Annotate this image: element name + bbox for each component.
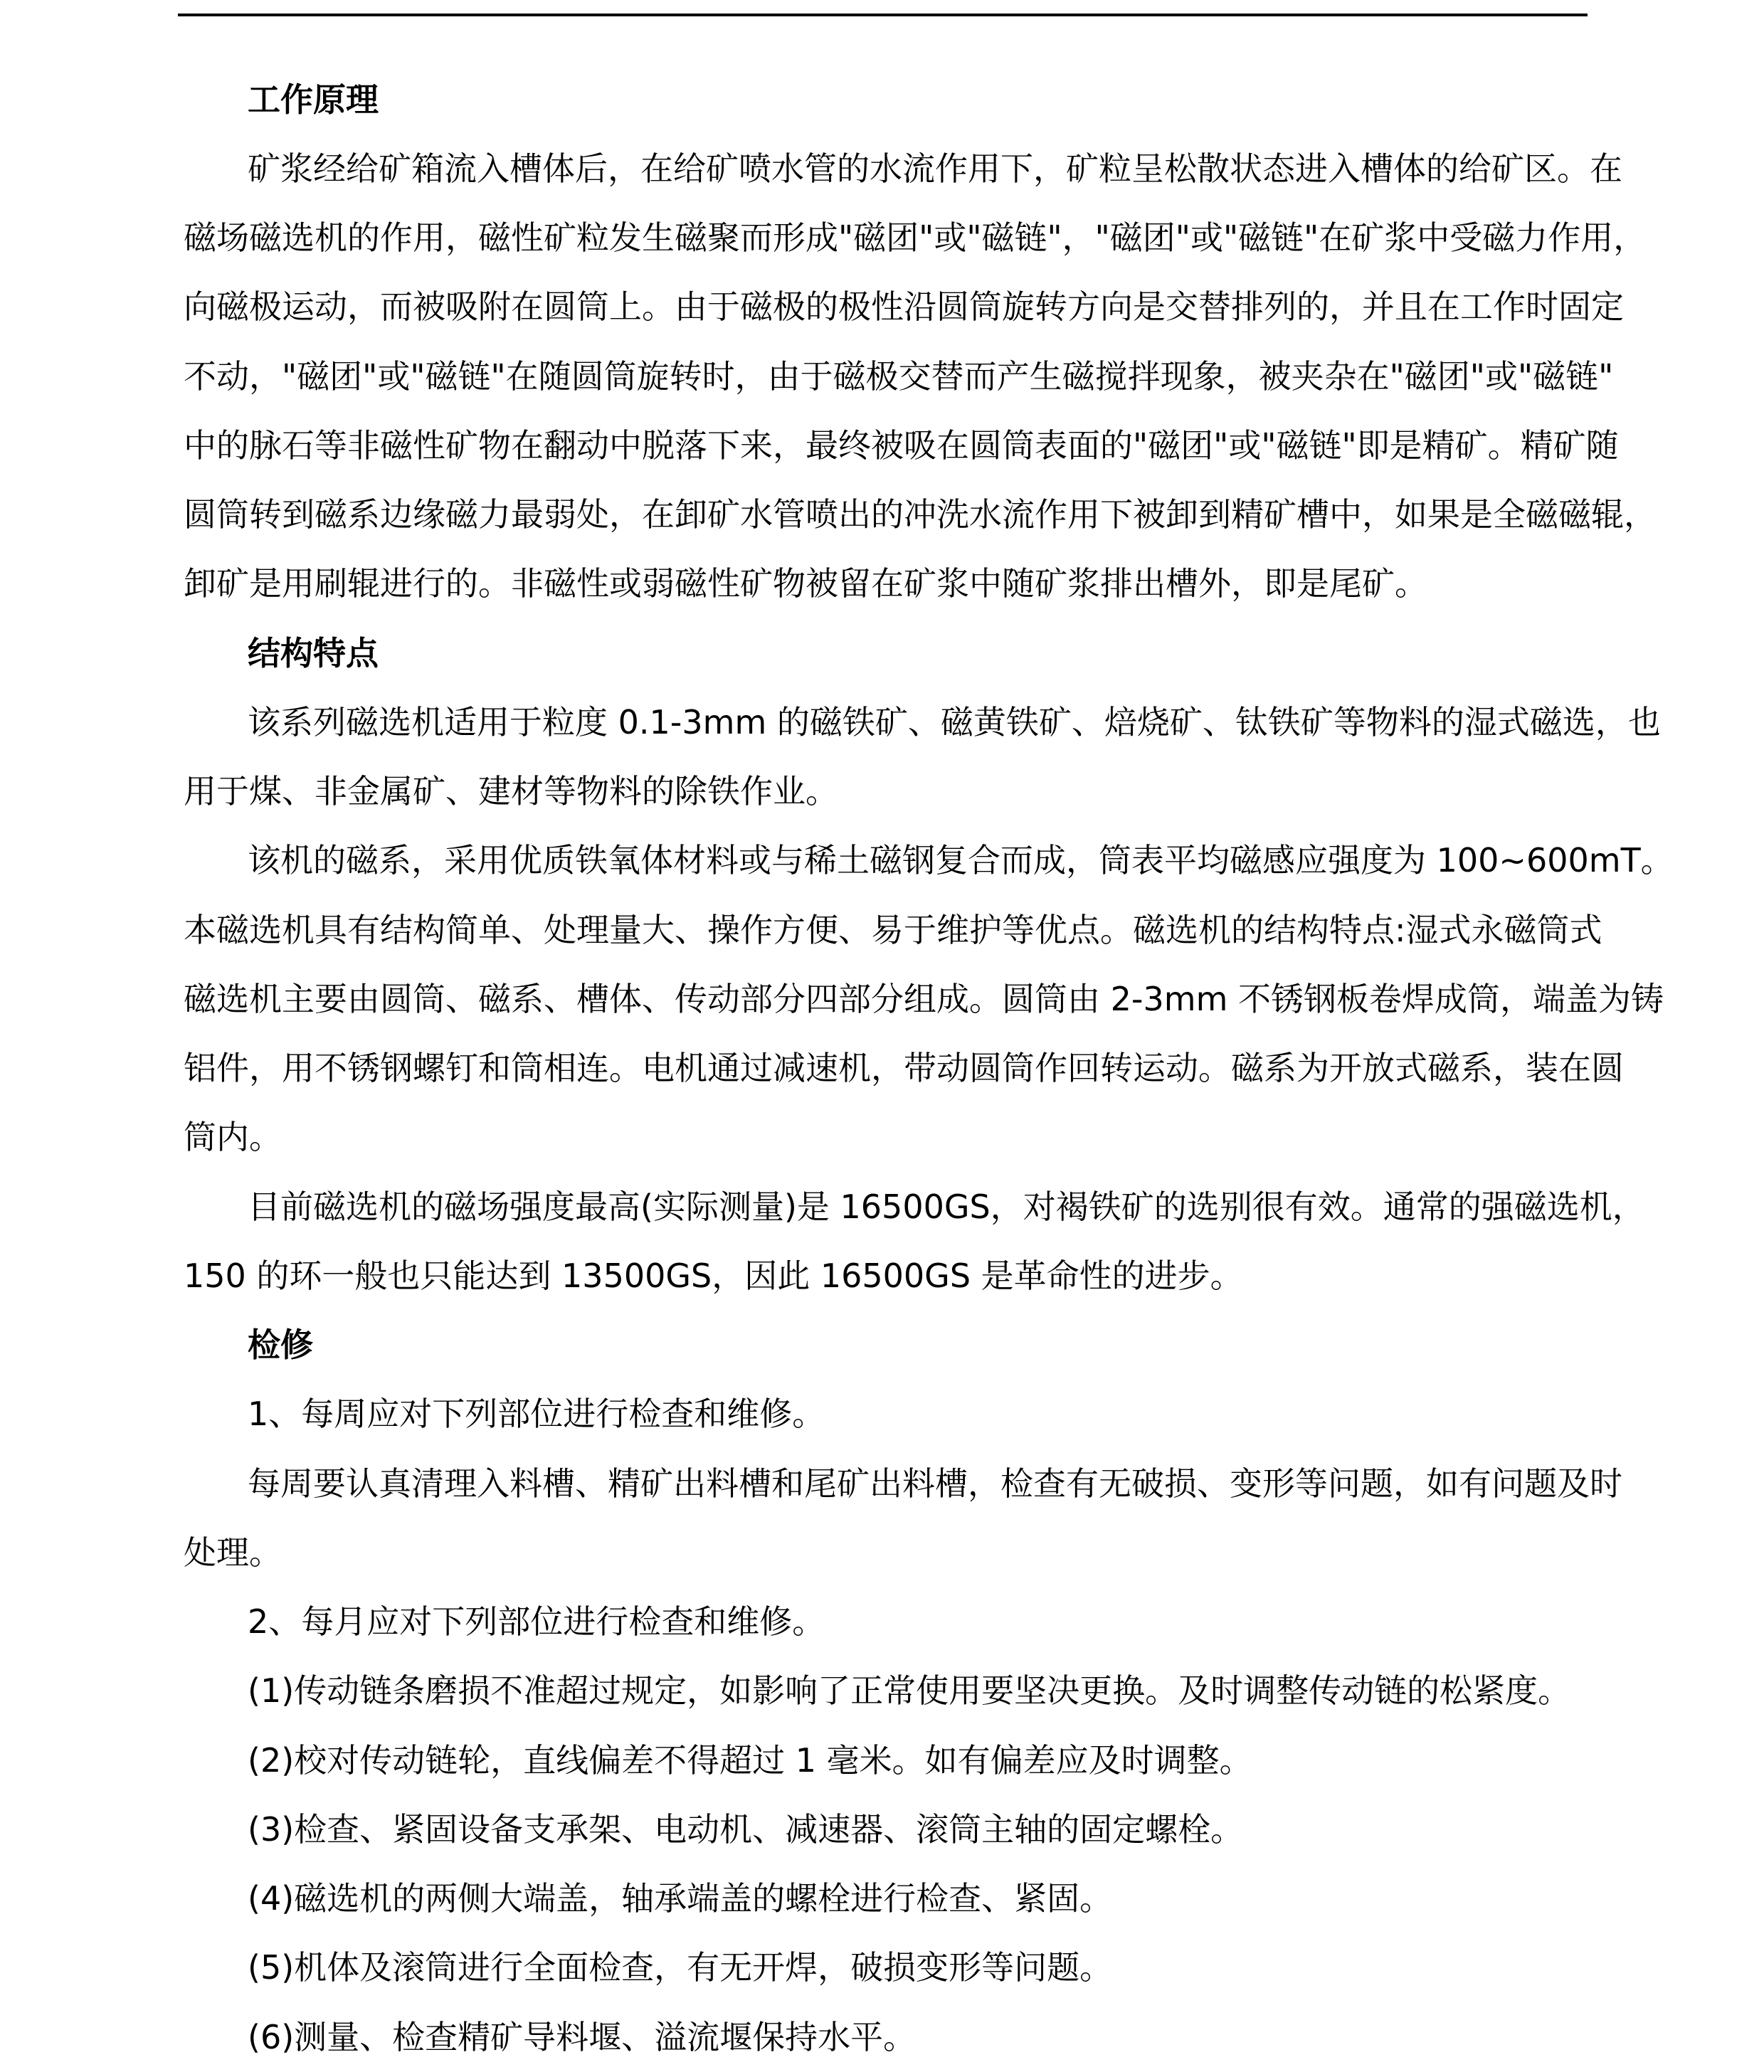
paragraph-line: 该系列磁选机适用于粒度 0.1-3mm 的磁铁矿、磁黄铁矿、焙烧矿、钛铁矿等物料…	[248, 688, 1583, 757]
paragraph-line: 150 的环一般也只能达到 13500GS，因此 16500GS 是革命性的进步…	[184, 1242, 1583, 1311]
paragraph-line: (2)校对传动链轮，直线偏差不得超过 1 毫米。如有偏差应及时调整。	[248, 1726, 1583, 1795]
paragraph-line: 矿浆经给矿箱流入槽体后，在给矿喷水管的水流作用下，矿粒呈松散状态进入槽体的给矿区…	[248, 134, 1583, 203]
paragraph-line: 1、每周应对下列部位进行检查和维修。	[248, 1380, 1583, 1449]
paragraph-line: 用于煤、非金属矿、建材等物料的除铁作业。	[184, 757, 1583, 826]
paragraph-line: 筒内。	[184, 1103, 1583, 1172]
paragraph-line: 不动，"磁团"或"磁链"在随圆筒旋转时，由于磁极交替而产生磁搅拌现象，被夹杂在"…	[184, 342, 1583, 411]
paragraph-line: 处理。	[184, 1518, 1583, 1587]
paragraph-line: 磁选机主要由圆筒、磁系、槽体、传动部分四部分组成。圆筒由 2-3mm 不锈钢板卷…	[184, 965, 1583, 1034]
paragraph-line: (5)机体及滚筒进行全面检查，有无开焊，破损变形等问题。	[248, 1933, 1583, 2002]
paragraph-line: 向磁极运动，而被吸附在圆筒上。由于磁极的极性沿圆筒旋转方向是交替排列的，并且在工…	[184, 273, 1583, 342]
paragraph-line: 2、每月应对下列部位进行检查和维修。	[248, 1587, 1583, 1656]
paragraph-line: 该机的磁系，采用优质铁氧体材料或与稀土磁钢复合而成，筒表平均磁感应强度为 100…	[248, 826, 1583, 895]
paragraph-line: 本磁选机具有结构简单、处理量大、操作方便、易于维护等优点。磁选机的结构特点:湿式…	[184, 896, 1583, 965]
document-page: 工作原理矿浆经给矿箱流入槽体后，在给矿喷水管的水流作用下，矿粒呈松散状态进入槽体…	[0, 0, 1764, 2072]
section-heading: 工作原理	[248, 65, 1583, 134]
section-heading: 结构特点	[248, 619, 1583, 688]
paragraph-line: (1)传动链条磨损不准超过规定，如影响了正常使用要坚决更换。及时调整传动链的松紧…	[248, 1656, 1583, 1725]
paragraph-line: 铝件，用不锈钢螺钉和筒相连。电机通过减速机，带动圆筒作回转运动。磁系为开放式磁系…	[184, 1034, 1583, 1103]
paragraph-line: 目前磁选机的磁场强度最高(实际测量)是 16500GS，对褐铁矿的选别很有效。通…	[248, 1173, 1583, 1242]
paragraph-line: 磁场磁选机的作用，磁性矿粒发生磁聚而形成"磁团"或"磁链"，"磁团"或"磁链"在…	[184, 203, 1583, 273]
paragraph-line: 卸矿是用刷辊进行的。非磁性或弱磁性矿物被留在矿浆中随矿浆排出槽外，即是尾矿。	[184, 549, 1583, 618]
paragraph-line: 圆筒转到磁系边缘磁力最弱处，在卸矿水管喷出的冲洗水流作用下被卸到精矿槽中，如果是…	[184, 480, 1583, 549]
paragraph-line: (4)磁选机的两侧大端盖，轴承端盖的螺栓进行检查、紧固。	[248, 1864, 1583, 1933]
paragraph-line: (3)检查、紧固设备支承架、电动机、减速器、滚筒主轴的固定螺栓。	[248, 1795, 1583, 1864]
paragraph-line: (6)测量、检查精矿导料堰、溢流堰保持水平。	[248, 2003, 1583, 2072]
section-heading: 检修	[248, 1311, 1583, 1380]
paragraph-line: 每周要认真清理入料槽、精矿出料槽和尾矿出料槽，检查有无破损、变形等问题，如有问题…	[248, 1449, 1583, 1518]
paragraph-line: 中的脉石等非磁性矿物在翻动中脱落下来，最终被吸在圆筒表面的"磁团"或"磁链"即是…	[184, 411, 1583, 480]
